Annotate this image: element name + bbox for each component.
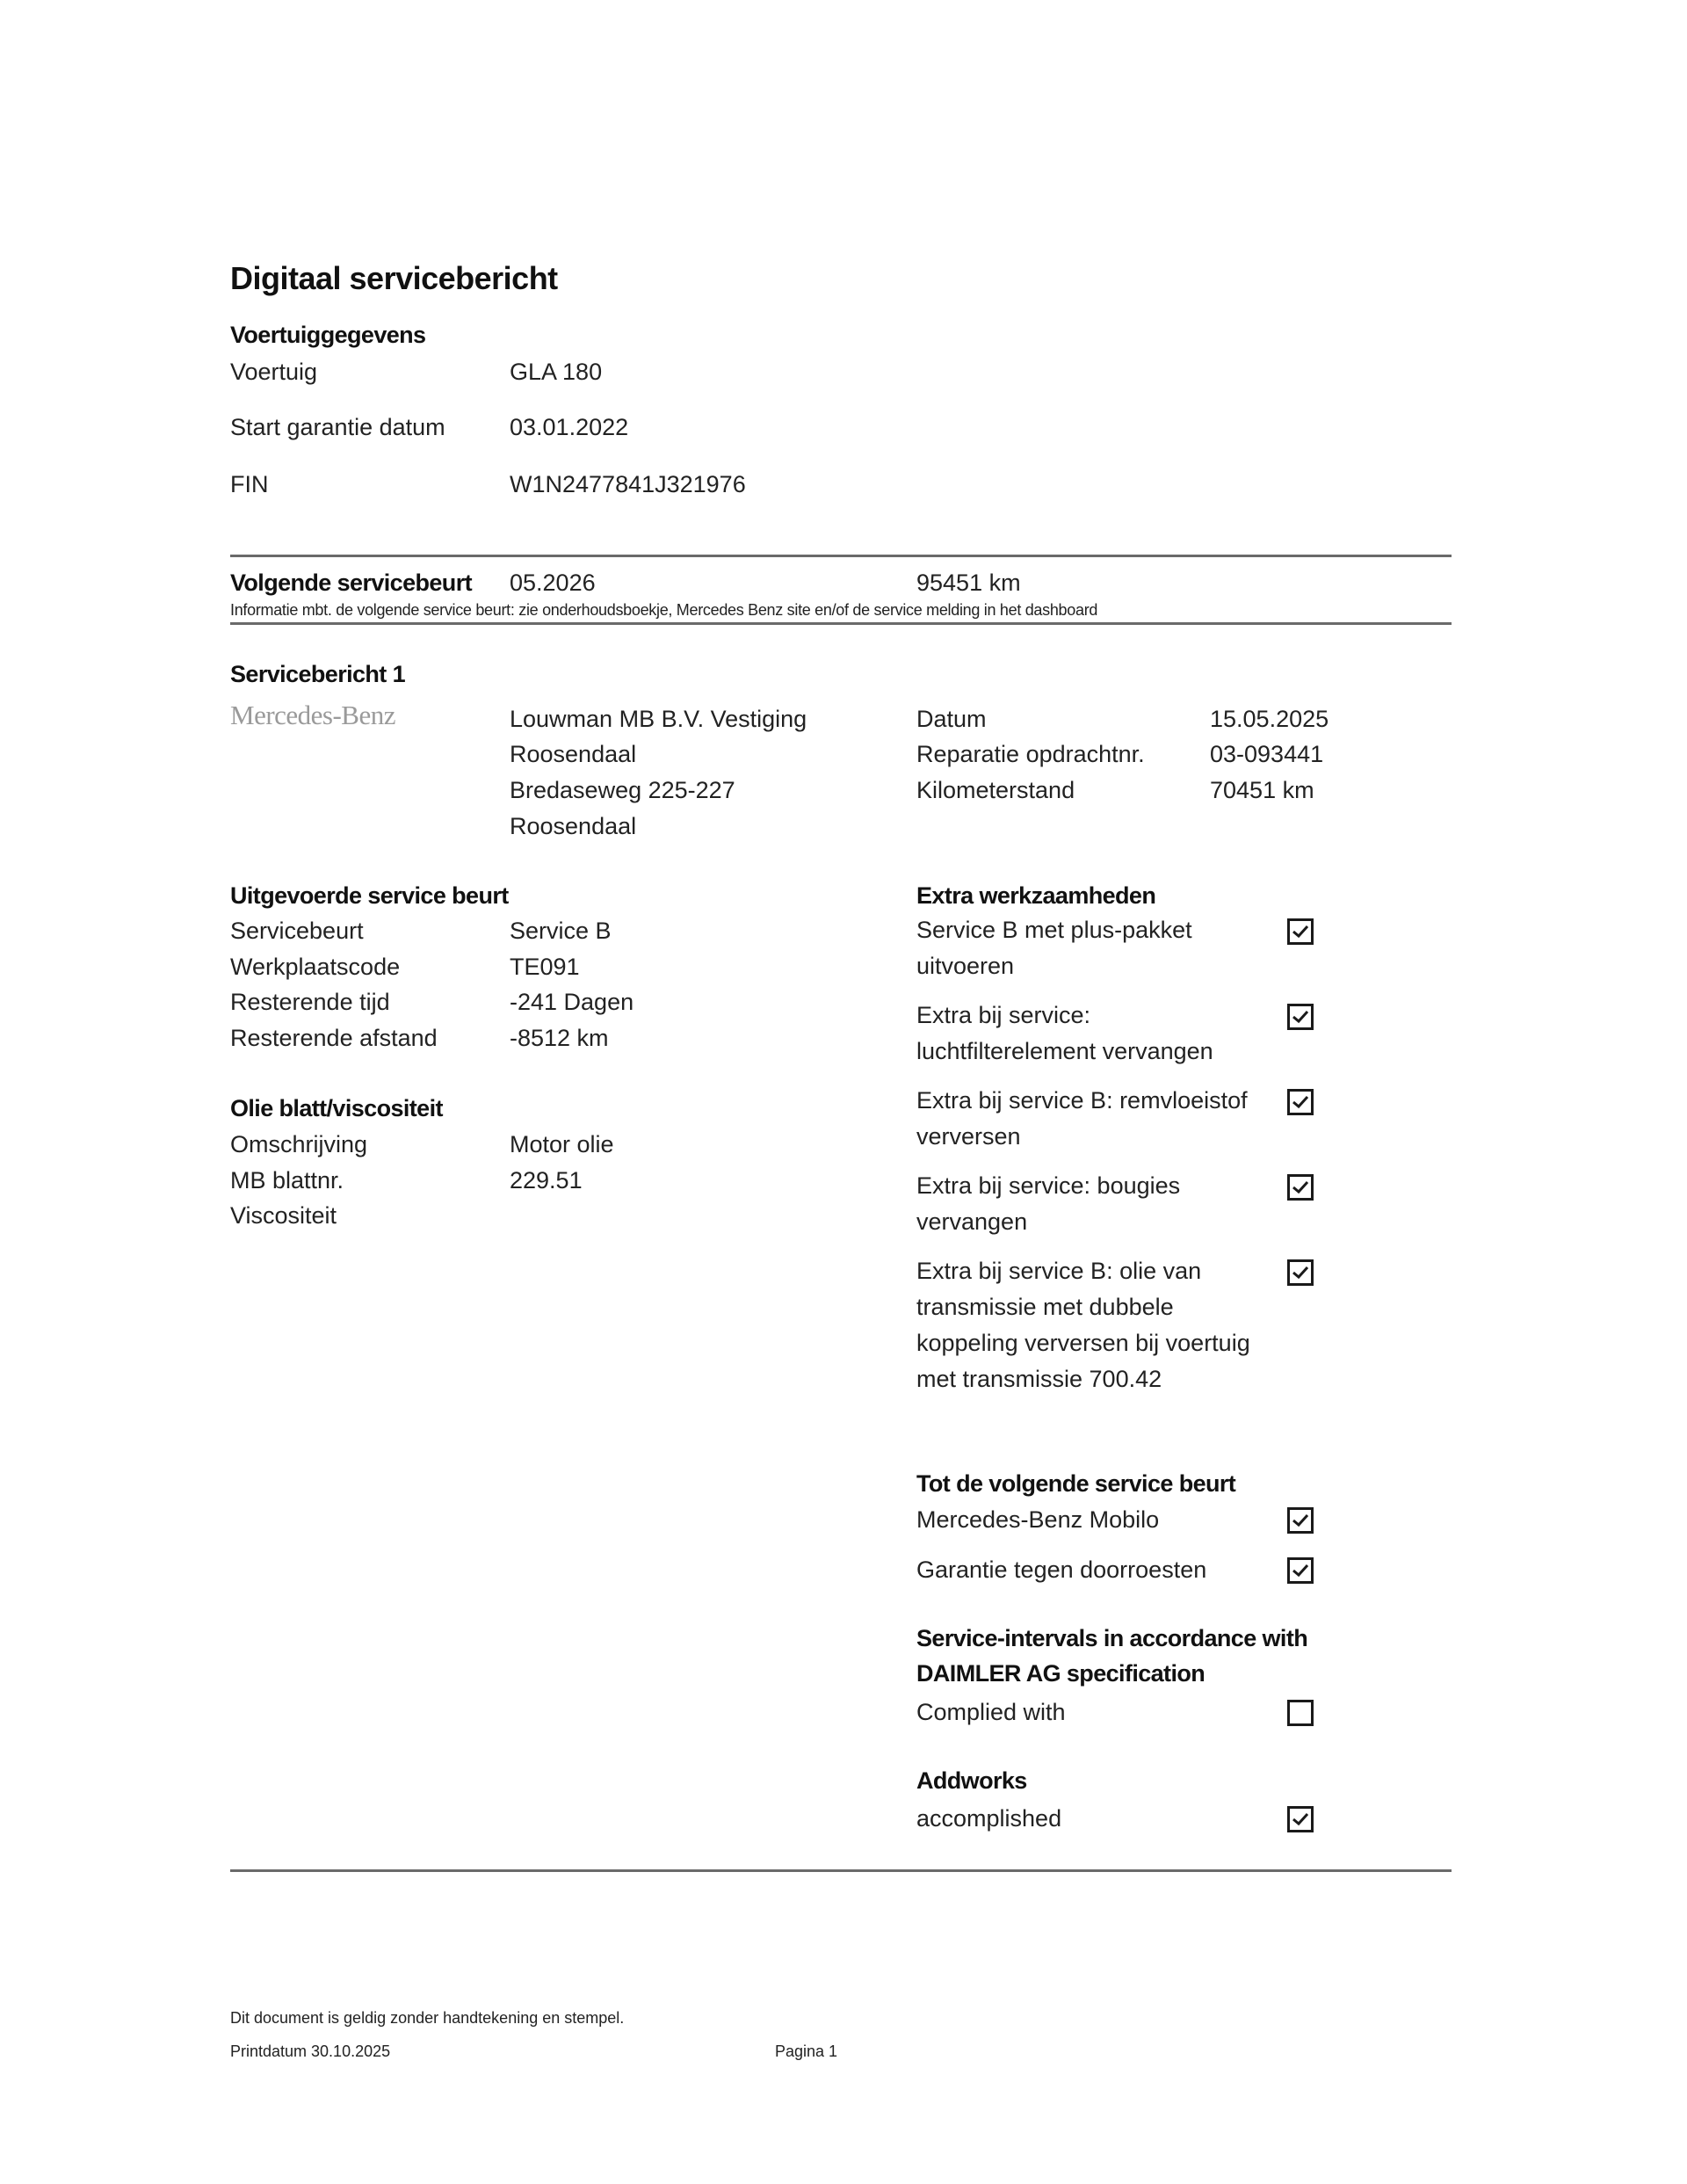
document-title: Digitaal servicebericht: [230, 260, 558, 297]
checkbox[interactable]: [1287, 1507, 1314, 1534]
until-next-item-label: Garantie tegen doorroesten: [916, 1556, 1206, 1584]
performed-heading: Uitgevoerde service beurt: [230, 882, 509, 910]
repair-order-value: 03-093441: [1210, 741, 1323, 768]
mileage-label: Kilometerstand: [916, 777, 1075, 804]
next-service-km: 95451 km: [916, 570, 1021, 597]
extra-work-item-label: Extra bij service B: remvloeistof verver…: [916, 1083, 1259, 1155]
dealer-line: Bredaseweg 225-227: [510, 777, 735, 804]
divider: [230, 1869, 1452, 1872]
mb-sheet-value: 229.51: [510, 1167, 583, 1194]
next-service-label: Volgende servicebeurt: [230, 570, 472, 597]
dealer-line: Roosendaal: [510, 741, 636, 768]
remaining-time-value: -241 Dagen: [510, 989, 634, 1016]
oil-description-label: Omschrijving: [230, 1131, 367, 1158]
extra-work-item-label: Service B met plus-pakket uitvoeren: [916, 912, 1259, 984]
checkbox[interactable]: [1287, 1004, 1314, 1030]
print-date: Printdatum 30.10.2025: [230, 2043, 390, 2061]
service-type-label: Servicebeurt: [230, 918, 364, 945]
oil-description-value: Motor olie: [510, 1131, 614, 1158]
checkmark-icon: [1292, 1265, 1309, 1281]
checkbox[interactable]: [1287, 1089, 1314, 1115]
fin-label: FIN: [230, 471, 269, 498]
vehicle-label: Voertuig: [230, 359, 317, 386]
fin-value: W1N2477841J321976: [510, 471, 746, 498]
warranty-start-value: 03.01.2022: [510, 414, 628, 441]
extra-work-item-label: Extra bij service: luchtfilterelement ve…: [916, 998, 1259, 1070]
date-label: Datum: [916, 706, 987, 733]
checkmark-icon: [1292, 1811, 1309, 1827]
next-service-info: Informatie mbt. de volgende service beur…: [230, 601, 1097, 620]
checkbox[interactable]: [1287, 1700, 1314, 1726]
accomplished-label: accomplished: [916, 1805, 1061, 1832]
oil-heading: Olie blatt/viscositeit: [230, 1095, 443, 1122]
remaining-distance-label: Resterende afstand: [230, 1025, 438, 1052]
extra-work-heading: Extra werkzaamheden: [916, 882, 1155, 910]
checkmark-icon: [1292, 1094, 1309, 1110]
service-type-value: Service B: [510, 918, 612, 945]
remaining-distance-value: -8512 km: [510, 1025, 609, 1052]
divider: [230, 555, 1452, 557]
checkmark-icon: [1292, 1179, 1309, 1195]
workshop-code-value: TE091: [510, 954, 580, 981]
checkbox[interactable]: [1287, 1174, 1314, 1201]
until-next-heading: Tot de volgende service beurt: [916, 1470, 1235, 1498]
validity-note: Dit document is geldig zonder handtekeni…: [230, 2009, 624, 2028]
warranty-start-label: Start garantie datum: [230, 414, 445, 441]
viscosity-label: Viscositeit: [230, 1202, 337, 1230]
service-report-heading: Servicebericht 1: [230, 661, 405, 688]
addworks-heading: Addworks: [916, 1767, 1027, 1795]
checkbox[interactable]: [1287, 918, 1314, 945]
mb-sheet-label: MB blattnr.: [230, 1167, 344, 1194]
checkmark-icon: [1292, 924, 1309, 940]
until-next-item-label: Mercedes-Benz Mobilo: [916, 1506, 1159, 1534]
mercedes-benz-logo: Mercedes-Benz: [230, 700, 395, 731]
checkmark-icon: [1292, 1009, 1309, 1025]
intervals-heading: DAIMLER AG specification: [916, 1660, 1205, 1687]
extra-work-item-label: Extra bij service B: olie van transmissi…: [916, 1253, 1259, 1397]
checkbox[interactable]: [1287, 1557, 1314, 1584]
checkbox[interactable]: [1287, 1806, 1314, 1832]
dealer-line: Louwman MB B.V. Vestiging: [510, 706, 807, 733]
vehicle-value: GLA 180: [510, 359, 602, 386]
vehicle-heading: Voertuiggegevens: [230, 322, 425, 349]
mileage-value: 70451 km: [1210, 777, 1314, 804]
workshop-code-label: Werkplaatscode: [230, 954, 400, 981]
repair-order-label: Reparatie opdrachtnr.: [916, 741, 1145, 768]
remaining-time-label: Resterende tijd: [230, 989, 390, 1016]
checkbox[interactable]: [1287, 1259, 1314, 1286]
next-service-date: 05.2026: [510, 570, 596, 597]
dealer-line: Roosendaal: [510, 813, 636, 840]
checkmark-icon: [1292, 1513, 1309, 1528]
date-value: 15.05.2025: [1210, 706, 1329, 733]
checkmark-icon: [1292, 1563, 1309, 1578]
page-number: Pagina 1: [775, 2043, 837, 2061]
intervals-heading: Service-intervals in accordance with: [916, 1625, 1307, 1652]
divider: [230, 622, 1452, 625]
complied-with-label: Complied with: [916, 1699, 1066, 1726]
extra-work-item-label: Extra bij service: bougies vervangen: [916, 1168, 1259, 1240]
